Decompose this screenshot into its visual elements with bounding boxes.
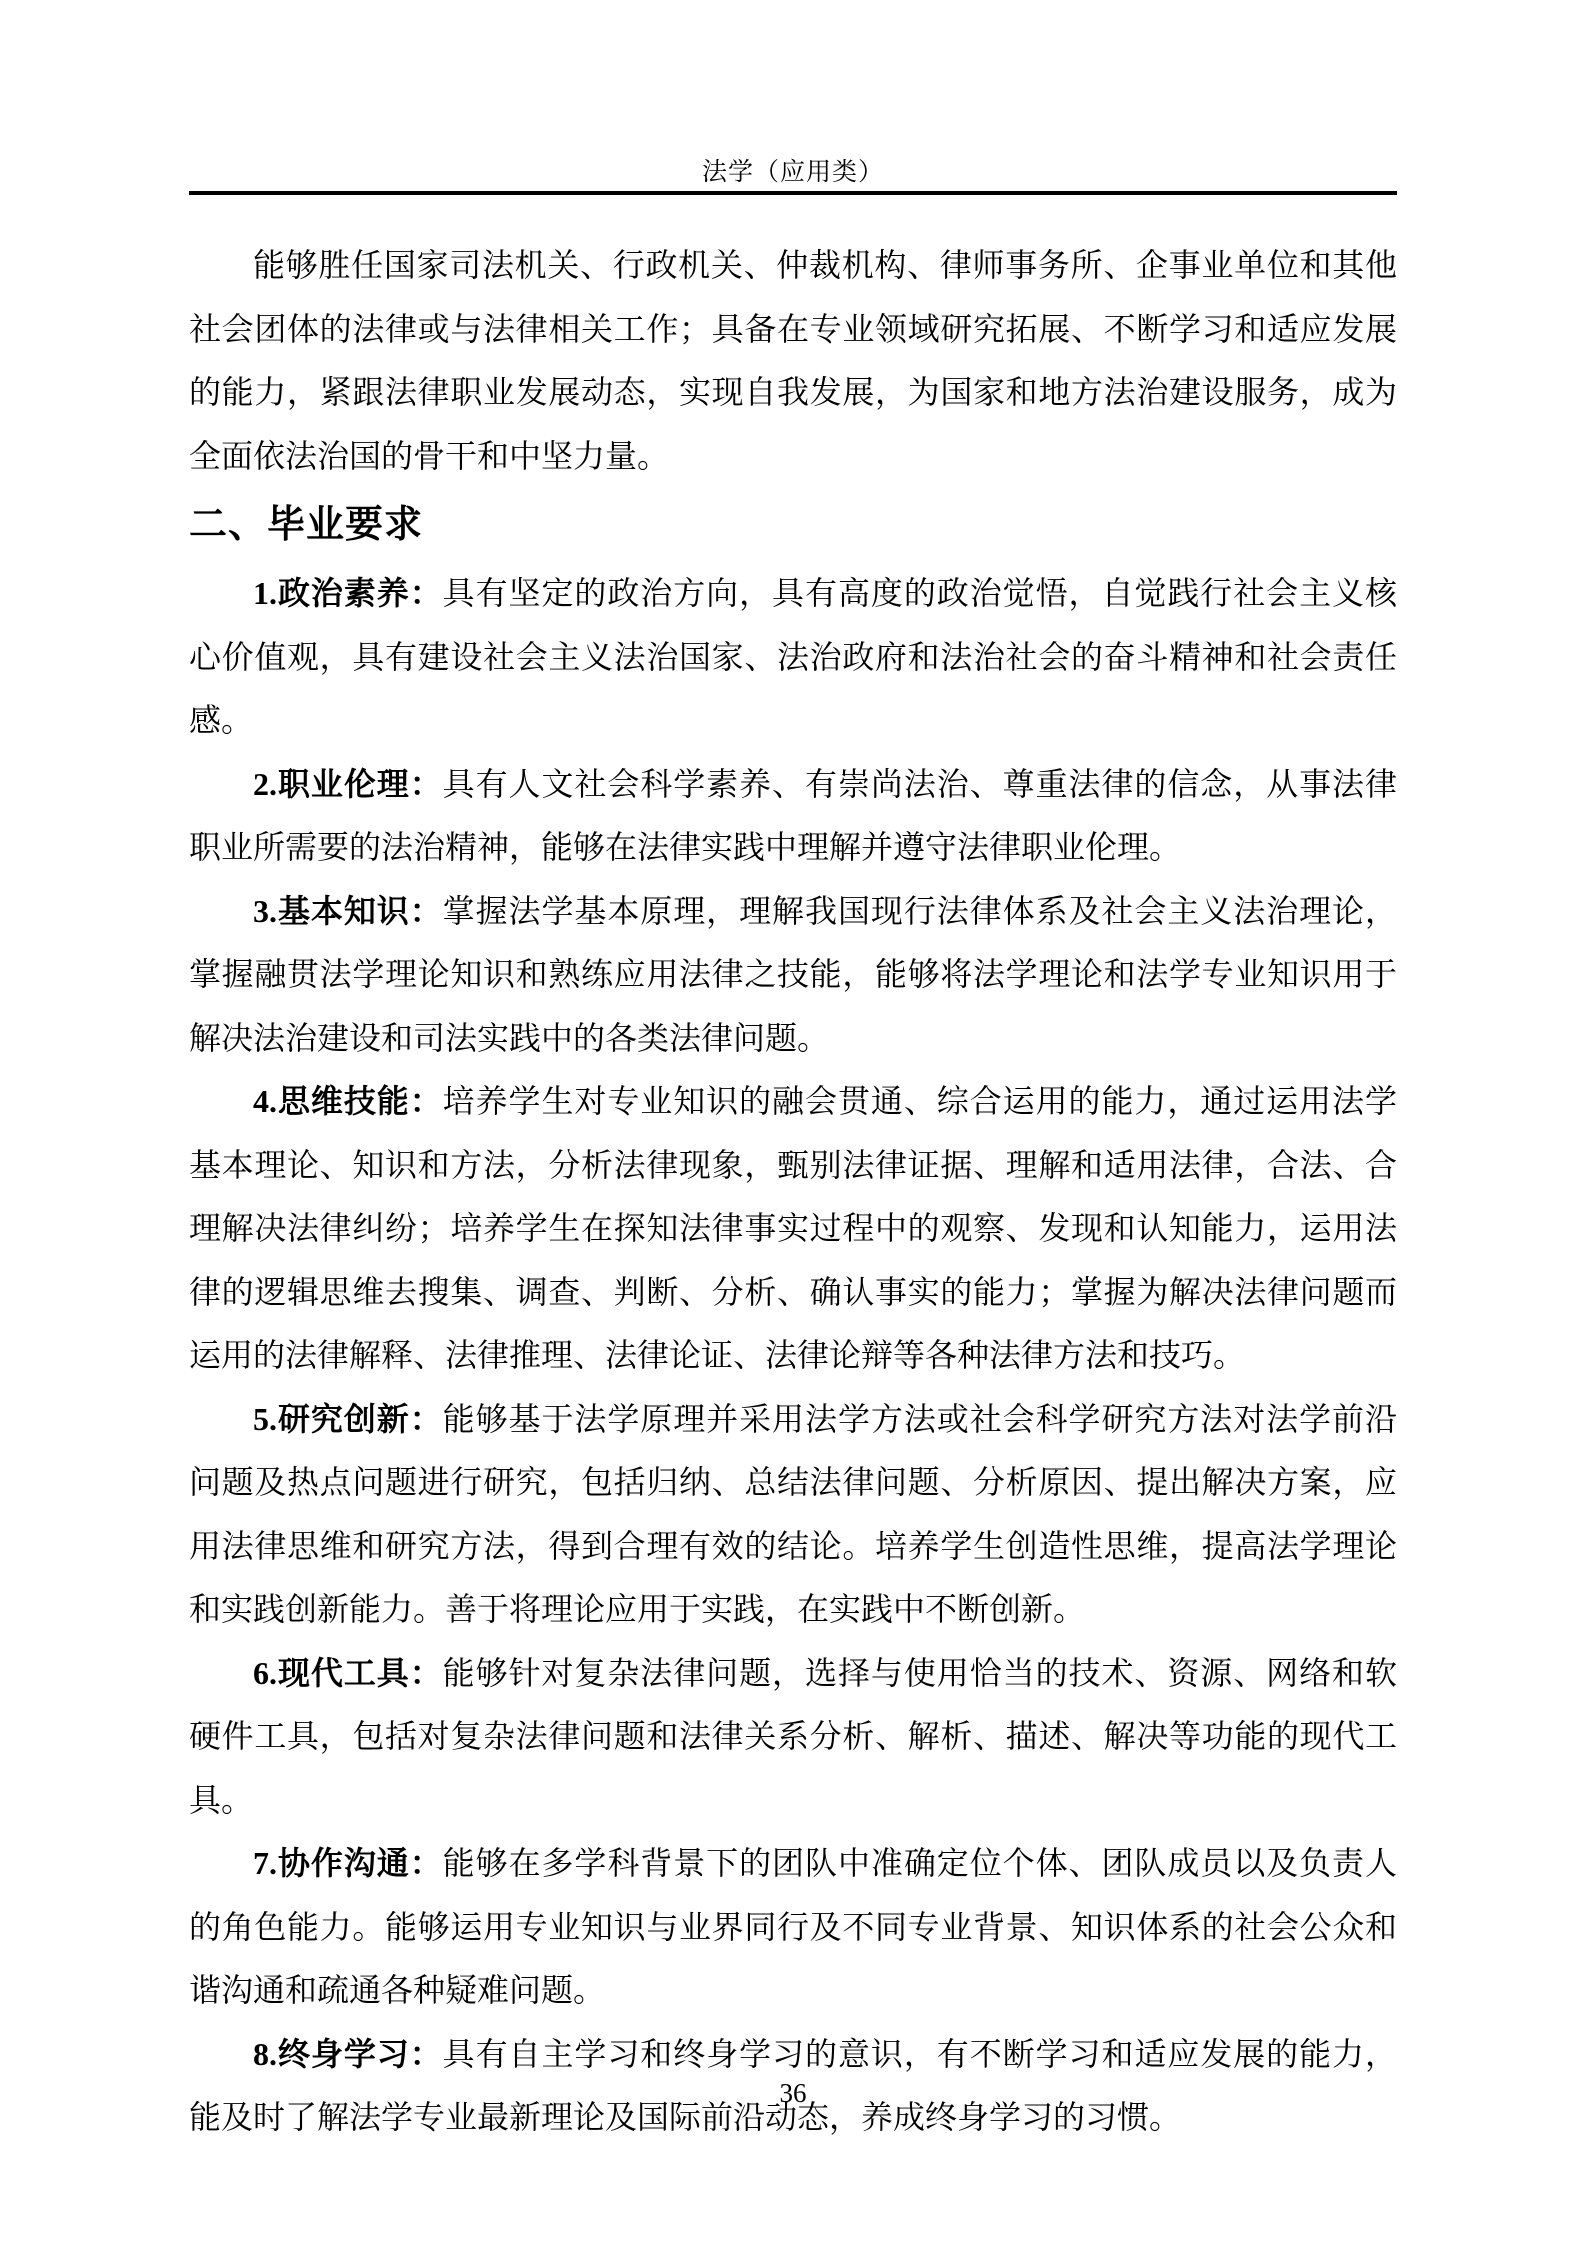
requirement-item: 5.研究创新：能够基于法学原理并采用法学方法或社会科学研究方法对法学前沿问题及热… bbox=[189, 1388, 1397, 1642]
requirement-item: 3.基本知识：掌握法学基本原理，理解我国现行法律体系及社会主义法治理论，掌握融贯… bbox=[189, 880, 1397, 1071]
document-page: 法学（应用类） 能够胜任国家司法机关、行政机关、仲裁机构、律师事务所、企事业单位… bbox=[0, 0, 1586, 2245]
requirement-label: 6.现代工具： bbox=[253, 1655, 443, 1691]
page-number: 36 bbox=[0, 2078, 1586, 2109]
header-divider bbox=[189, 191, 1397, 195]
requirement-item: 4.思维技能：培养学生对专业知识的融会贯通、综合运用的能力，通过运用法学基本理论… bbox=[189, 1070, 1397, 1388]
requirement-label: 5.研究创新： bbox=[253, 1401, 443, 1437]
requirement-label: 3.基本知识： bbox=[253, 893, 443, 929]
requirement-label: 2.职业伦理： bbox=[253, 766, 443, 802]
requirement-item: 7.协作沟通：能够在多学科背景下的团队中准确定位个体、团队成员以及负责人的角色能… bbox=[189, 1832, 1397, 2023]
document-body: 能够胜任国家司法机关、行政机关、仲裁机构、律师事务所、企事业单位和其他社会团体的… bbox=[189, 234, 1397, 2150]
page-header-title: 法学（应用类） bbox=[189, 152, 1397, 188]
requirement-text: 培养学生对专业知识的融会贯通、综合运用的能力，通过运用法学基本理论、知识和方法，… bbox=[189, 1083, 1397, 1373]
requirement-label: 8.终身学习： bbox=[253, 2036, 443, 2072]
requirement-label: 7.协作沟通： bbox=[253, 1845, 443, 1881]
requirement-item: 6.现代工具：能够针对复杂法律问题，选择与使用恰当的技术、资源、网络和软硬件工具… bbox=[189, 1642, 1397, 1833]
requirement-label: 4.思维技能： bbox=[253, 1083, 443, 1119]
requirement-item: 2.职业伦理：具有人文社会科学素养、有崇尚法治、尊重法律的信念，从事法律职业所需… bbox=[189, 753, 1397, 880]
section-heading: 二、毕业要求 bbox=[189, 488, 1397, 562]
requirement-item: 1.政治素养：具有坚定的政治方向，具有高度的政治觉悟，自觉践行社会主义核心价值观… bbox=[189, 562, 1397, 753]
requirement-label: 1.政治素养： bbox=[253, 575, 443, 611]
intro-paragraph: 能够胜任国家司法机关、行政机关、仲裁机构、律师事务所、企事业单位和其他社会团体的… bbox=[189, 234, 1397, 488]
